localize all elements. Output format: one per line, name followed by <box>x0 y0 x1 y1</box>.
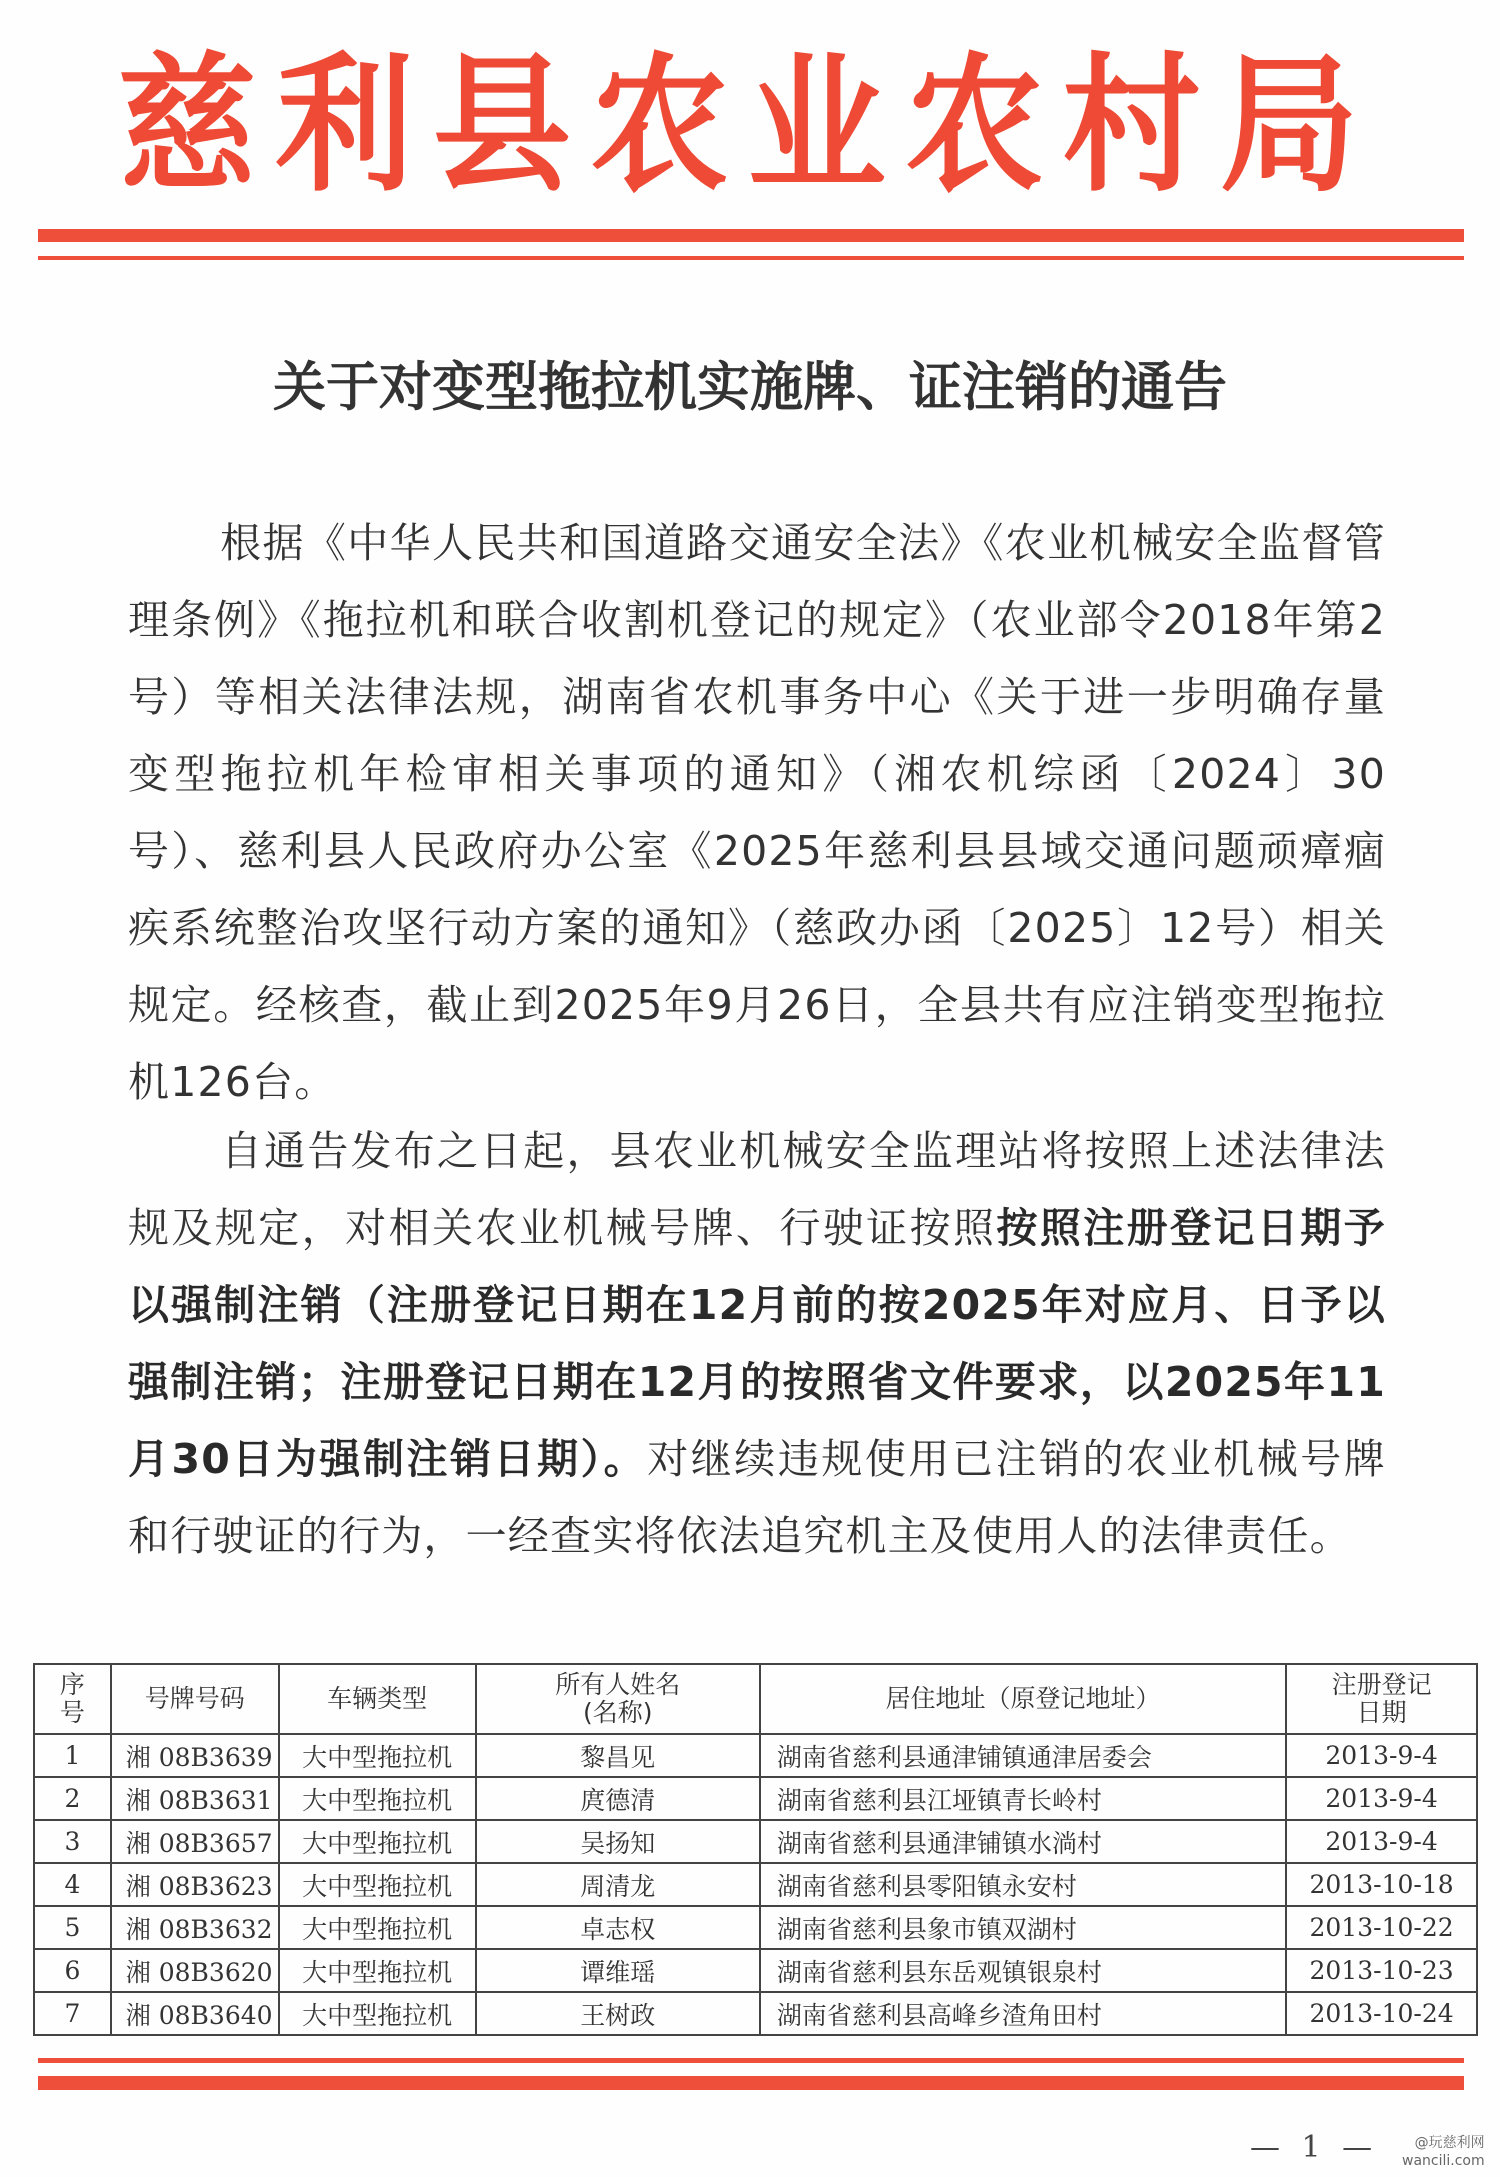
masthead-char: 农 <box>590 44 728 206</box>
cell-plate: 湘 08B3631 <box>111 1777 279 1820</box>
table-row: 2 湘 08B3631 大中型拖拉机 庹德清 湖南省慈利县江垭镇青长岭村 201… <box>34 1777 1477 1820</box>
cell-plate: 湘 08B3620 <box>111 1949 279 1992</box>
cell-type: 大中型拖拉机 <box>279 1734 476 1777</box>
masthead-char: 局 <box>1220 44 1358 206</box>
cell-plate: 湘 08B3640 <box>111 1992 279 2035</box>
cell-seq: 7 <box>34 1992 111 2035</box>
agency-masthead: 慈 利 县 农 业 农 村 局 <box>118 50 1358 200</box>
watermark-site-name: @玩慈利网 <box>1402 2134 1485 2152</box>
table-row: 6 湘 08B3620 大中型拖拉机 谭维瑶 湖南省慈利县东岳观镇银泉村 201… <box>34 1949 1477 1992</box>
cell-owner: 周清龙 <box>476 1863 760 1906</box>
document-title: 关于对变型拖拉机实施牌、证注销的通告 <box>0 345 1500 421</box>
cell-date: 2013-9-4 <box>1286 1777 1477 1820</box>
table-row: 5 湘 08B3632 大中型拖拉机 卓志权 湖南省慈利县象市镇双湖村 2013… <box>34 1906 1477 1949</box>
cell-plate: 湘 08B3639 <box>111 1734 279 1777</box>
footer-red-rule-thick <box>38 2076 1464 2090</box>
header-date: 注册登记日期 <box>1286 1664 1477 1734</box>
cell-plate: 湘 08B3623 <box>111 1863 279 1906</box>
cell-seq: 1 <box>34 1734 111 1777</box>
header-plate: 号牌号码 <box>111 1664 279 1734</box>
cell-date: 2013-9-4 <box>1286 1820 1477 1863</box>
cell-owner: 谭维瑶 <box>476 1949 760 1992</box>
header-red-rule-thick <box>38 229 1464 242</box>
cell-date: 2013-10-22 <box>1286 1906 1477 1949</box>
cell-owner: 吴扬知 <box>476 1820 760 1863</box>
table-row: 1 湘 08B3639 大中型拖拉机 黎昌见 湖南省慈利县通津铺镇通津居委会 2… <box>34 1734 1477 1777</box>
cell-address: 湖南省慈利县通津铺镇通津居委会 <box>760 1734 1286 1777</box>
cell-plate: 湘 08B3657 <box>111 1820 279 1863</box>
paragraph-enforcement: 自通告发布之日起，县农业机械安全监理站将按照上述法律法规及规定，对相关农业机械号… <box>128 1113 1386 1575</box>
cell-type: 大中型拖拉机 <box>279 1949 476 1992</box>
masthead-char: 农 <box>905 44 1043 206</box>
cell-type: 大中型拖拉机 <box>279 1777 476 1820</box>
cell-owner: 黎昌见 <box>476 1734 760 1777</box>
cell-seq: 2 <box>34 1777 111 1820</box>
masthead-char: 县 <box>433 44 571 206</box>
cell-date: 2013-10-24 <box>1286 1992 1477 2035</box>
table-header-row: 序号 号牌号码 车辆类型 所有人姓名(名称) 居住地址（原登记地址） 注册登记日… <box>34 1664 1477 1734</box>
footer-red-rule-thin <box>38 2058 1464 2063</box>
cell-date: 2013-9-4 <box>1286 1734 1477 1777</box>
cell-type: 大中型拖拉机 <box>279 1820 476 1863</box>
masthead-char: 业 <box>748 44 886 206</box>
header-type: 车辆类型 <box>279 1664 476 1734</box>
cell-owner: 卓志权 <box>476 1906 760 1949</box>
source-watermark: @玩慈利网 wancili.com <box>1402 2134 1485 2170</box>
header-red-rule-thin <box>38 256 1464 260</box>
cell-type: 大中型拖拉机 <box>279 1992 476 2035</box>
cell-seq: 6 <box>34 1949 111 1992</box>
cell-seq: 5 <box>34 1906 111 1949</box>
cell-type: 大中型拖拉机 <box>279 1863 476 1906</box>
cell-type: 大中型拖拉机 <box>279 1906 476 1949</box>
cell-seq: 4 <box>34 1863 111 1906</box>
header-owner: 所有人姓名(名称) <box>476 1664 760 1734</box>
table-row: 3 湘 08B3657 大中型拖拉机 吴扬知 湖南省慈利县通津铺镇水淌村 201… <box>34 1820 1477 1863</box>
cell-address: 湖南省慈利县高峰乡渣角田村 <box>760 1992 1286 2035</box>
document-page: 慈 利 县 农 业 农 村 局 关于对变型拖拉机实施牌、证注销的通告 根据《中华… <box>0 0 1500 2177</box>
cell-plate: 湘 08B3632 <box>111 1906 279 1949</box>
paragraph-1-text: 根据《中华人民共和国道路交通安全法》《农业机械安全监督管理条例》《拖拉机和联合收… <box>128 519 1386 1106</box>
table-row: 4 湘 08B3623 大中型拖拉机 周清龙 湖南省慈利县零阳镇永安村 2013… <box>34 1863 1477 1906</box>
deregistration-table: 序号 号牌号码 车辆类型 所有人姓名(名称) 居住地址（原登记地址） 注册登记日… <box>33 1663 1478 2036</box>
cell-address: 湖南省慈利县东岳观镇银泉村 <box>760 1949 1286 1992</box>
header-address: 居住地址（原登记地址） <box>760 1664 1286 1734</box>
cell-address: 湖南省慈利县零阳镇永安村 <box>760 1863 1286 1906</box>
cell-date: 2013-10-23 <box>1286 1949 1477 1992</box>
masthead-char: 慈 <box>118 44 256 206</box>
cell-owner: 王树政 <box>476 1992 760 2035</box>
cell-address: 湖南省慈利县江垭镇青长岭村 <box>760 1777 1286 1820</box>
cell-seq: 3 <box>34 1820 111 1863</box>
table-row: 7 湘 08B3640 大中型拖拉机 王树政 湖南省慈利县高峰乡渣角田村 201… <box>34 1992 1477 2035</box>
masthead-char: 利 <box>275 44 413 206</box>
header-seq: 序号 <box>34 1664 111 1734</box>
masthead-char: 村 <box>1063 44 1201 206</box>
watermark-domain: wancili.com <box>1402 2152 1485 2170</box>
cell-address: 湖南省慈利县通津铺镇水淌村 <box>760 1820 1286 1863</box>
cell-date: 2013-10-18 <box>1286 1863 1477 1906</box>
page-number: — 1 — <box>1250 2130 1378 2165</box>
paragraph-legal-basis: 根据《中华人民共和国道路交通安全法》《农业机械安全监督管理条例》《拖拉机和联合收… <box>128 505 1386 1121</box>
cell-address: 湖南省慈利县象市镇双湖村 <box>760 1906 1286 1949</box>
cell-owner: 庹德清 <box>476 1777 760 1820</box>
